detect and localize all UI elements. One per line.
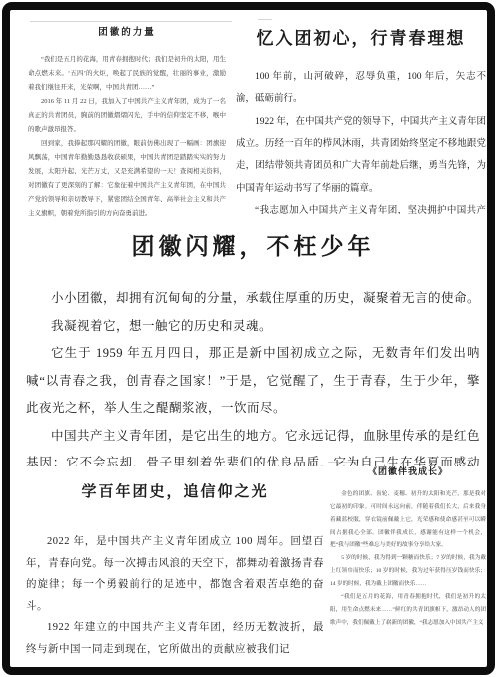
essay-paragraph: 小小团徽，却拥有沉甸甸的分量，承载住厚重的历史，凝聚着无言的使命。 [26,285,480,313]
essay-paragraph: 回到家，我捧起那闪耀的团徽，眼前仿佛出现了一幅画：团旗迎风飘荡，中国青年勤勤恳恳… [28,137,226,220]
essay-paragraph: “我们是五月的花海，用青春拥抱时代，我们是初升的太阳，用生命点燃未来……”鲜红的… [330,591,486,630]
essay-title: 团徽闪耀，不枉少年 [26,228,480,261]
scanned-document-page: { "colors": { "frame": "#0d0d0d", "text"… [0,0,497,677]
section-emblem-power-box: 团徽的力量 “我们是五月的花海，用青春拥抱时代；我们是初升的太阳，用生命点燃未来… [28,22,226,220]
essay-paragraph: 2016 年 11 月 22 日，我加入了中国共产主义青年团，成为了一名真正的共… [28,95,226,137]
section-century-league-history: 学百年团史，追信仰之光 2022 年，是中国共产主义青年团成立 100 周年。回… [26,468,324,665]
section-emblem-grows-with-me-box: 《团徽伴我成长》 金色的团旗、齿轮、麦穗、初升的太阳和光芒，那是我对它最初的印象… [330,456,486,665]
essay-paragraph: 2022 年，是中国共产主义青年团成立 100 周年。回望百年，青春向党。每一次… [26,531,324,617]
essay-paragraph: 它生于 1959 年五月四日，那正是新中国初成立之际，无数青年们发出呐喊“以青春… [26,340,480,423]
section-recall-league-initiation: 忆入团初心，行青春理想 100 年前，山河破碎，忍辱负重，100 年后，矢志不渝… [236,14,486,214]
essay-paragraph: 5 岁的时候，我为得到一颗糖而快乐；7 岁的时候，我为戴上红领巾而快乐；10 岁… [330,552,486,591]
essay-paragraph: 100 年前，山河破碎，忍辱负重，100 年后，矢志不渝，砥砺前行。 [236,66,486,111]
essay-paragraph: 1922 年建立的中国共产主义青年团，经历无数波折，最终与新中国一同走到现在，它… [26,617,324,660]
essay-paragraph: 金色的团旗、齿轮、麦穗、初升的太阳和光芒，那是我对它最初的印象。可时间永远向前，… [330,488,486,552]
essay-title: 团徽的力量 [28,24,226,38]
essay-title: 学百年团史，追信仰之光 [26,480,324,501]
essay-paragraph: “我志愿加入中国共产主义青年团，坚决拥护中国共产党的领导，遵守团的章程，执行团的… [236,200,486,214]
page-frame: 团徽的力量 “我们是五月的花海，用青春拥抱时代；我们是初升的太阳，用生命点燃未来… [2,2,495,675]
essay-title: 忆入团初心，行青春理想 [236,24,486,49]
essay-paragraph: 我凝视着它，想一触它的历史和灵魂。 [26,313,480,341]
essay-paragraph: “我们是五月的花海，用青春拥抱时代；我们是初升的太阳，用生命点燃未来。‘五四’的… [28,53,226,95]
essay-paragraph: 1922 年，在中国共产党的领导下，中国共产主义青年团成立。历经一百年的栉风沐雨… [236,111,486,200]
essay-title: 《团徽伴我成长》 [330,464,486,477]
section-emblem-shines: 团徽闪耀，不枉少年 小小团徽，却拥有沉甸甸的分量，承载住厚重的历史，凝聚着无言的… [26,220,480,466]
